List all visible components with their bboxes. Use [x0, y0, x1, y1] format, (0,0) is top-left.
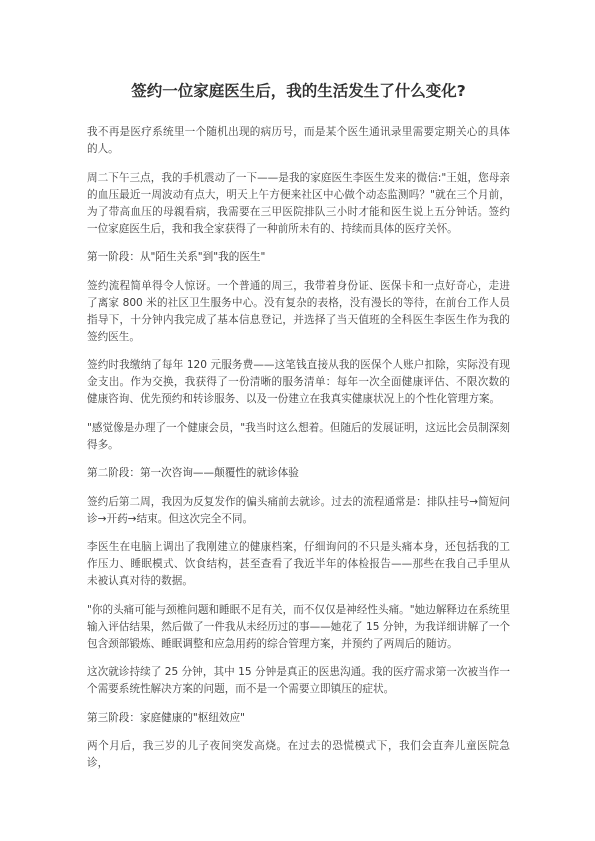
paragraph: 两个月后，我三岁的儿子夜间突发高烧。在过去的恐慌模式下，我们会直奔儿童医院急诊， — [87, 738, 510, 772]
paragraph: "你的头痛可能与颈椎问题和睡眠不足有关，而不仅仅是神经性头痛。"她边解释边在系统… — [87, 602, 510, 653]
document-page: 签约一位家庭医生后，我的生活发生了什么变化? 我不再是医疗系统里一个随机出现的病… — [0, 0, 595, 841]
section-heading-stage-1: 第一阶段：从"陌生关系"到"我的医生" — [87, 249, 510, 266]
paragraph: "感觉像是办理了一个健康会员，"我当时这么想着。但随后的发展证明，这远比会员制深… — [87, 420, 510, 454]
paragraph: 周二下午三点，我的手机震动了一下——是我的家庭医生李医生发来的微信:"王姐，您母… — [87, 170, 510, 238]
section-heading-stage-3: 第三阶段：家庭健康的"枢纽效应" — [87, 710, 510, 727]
paragraph: 李医生在电脑上调出了我刚建立的健康档案，仔细询问的不只是头痛本身，还包括我的工作… — [87, 539, 510, 590]
paragraph: 我不再是医疗系统里一个随机出现的病历号，而是某个医生通讯录里需要定期关心的具体的… — [87, 124, 510, 158]
paragraph: 这次就诊持续了 25 分钟，其中 15 分钟是真正的医患沟通。我的医疗需求第一次… — [87, 664, 510, 698]
article-title: 签约一位家庭医生后，我的生活发生了什么变化? — [87, 80, 510, 102]
section-heading-stage-2: 第二阶段：第一次咨询——颠覆性的就诊体验 — [87, 465, 510, 482]
paragraph: 签约后第二周，我因为反复发作的偏头痛前去就诊。过去的流程通常是：排队挂号→简短问… — [87, 494, 510, 528]
paragraph: 签约时我缴纳了每年 120 元服务费——这笔钱直接从我的医保个人账户扣除，实际没… — [87, 357, 510, 408]
paragraph: 签约流程简单得令人惊讶。一个普通的周三，我带着身份证、医保卡和一点好奇心，走进了… — [87, 278, 510, 346]
